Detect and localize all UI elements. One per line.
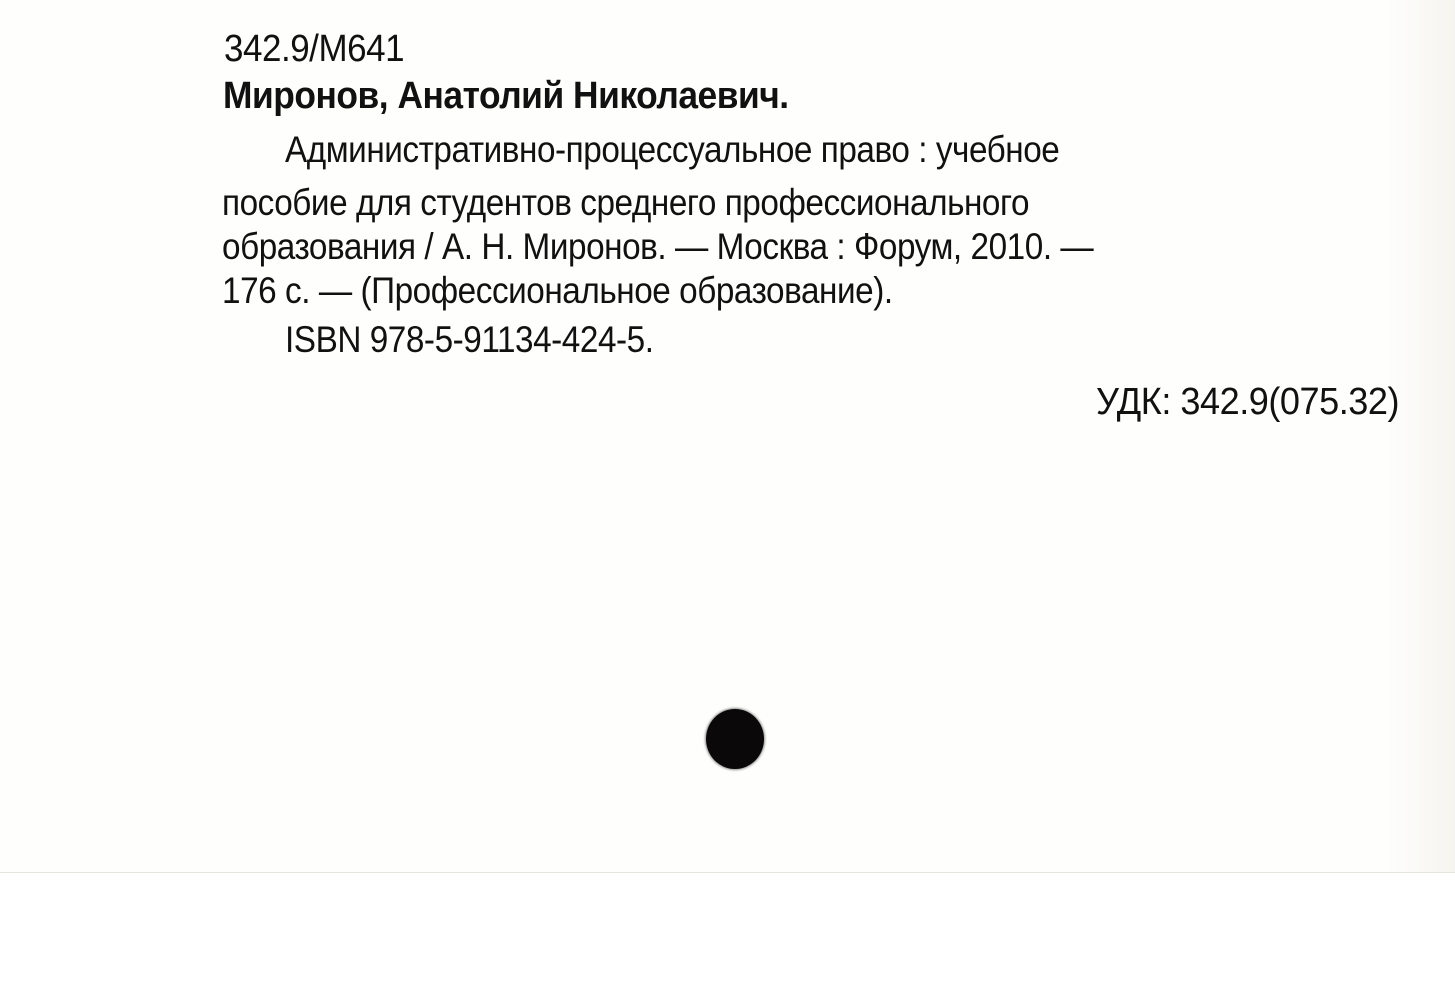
card-edge-shading	[1385, 0, 1455, 872]
isbn: ISBN 978-5-91134-424-5.	[285, 319, 654, 361]
catalog-card: 342.9/М641 Миронов, Анатолий Николаевич.…	[0, 0, 1455, 873]
punch-hole	[706, 709, 764, 769]
shelfmark: 342.9/М641	[224, 28, 404, 71]
description-line: пособие для студентов среднего профессио…	[222, 182, 1029, 224]
description-line: 176 с. — (Профессиональное образование).	[222, 270, 893, 312]
description-line: Административно-процессуальное право : у…	[285, 129, 1059, 171]
udk-code: УДК: 342.9(075.32)	[1096, 381, 1399, 424]
description-line: образования / А. Н. Миронов. — Москва : …	[222, 226, 1093, 268]
author-heading: Миронов, Анатолий Николаевич.	[223, 75, 789, 118]
